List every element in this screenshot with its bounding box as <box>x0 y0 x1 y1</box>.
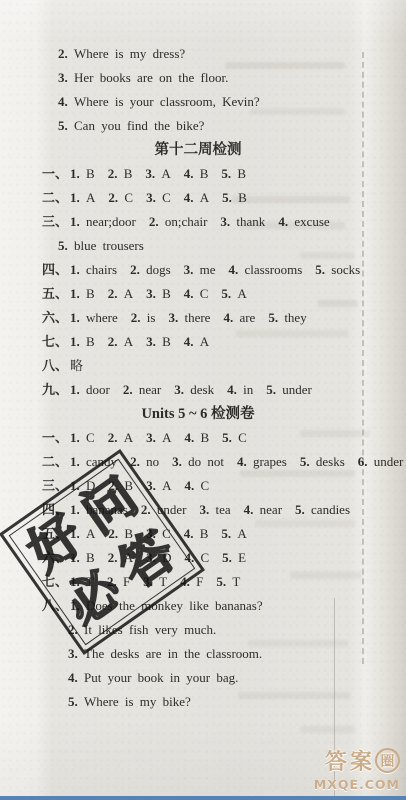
item-number: 3. <box>172 454 185 469</box>
item-answer: candies <box>311 502 350 517</box>
item-number: 5. <box>222 550 235 565</box>
item-answer: A <box>124 430 133 445</box>
answer-line: 二、1. A2. C3. C4. A5. B <box>42 186 400 210</box>
item-number: 5. <box>58 238 71 253</box>
item-answer: under <box>282 382 312 397</box>
item-answer: B <box>162 286 171 301</box>
item-answer: me <box>200 262 216 277</box>
item-number: 5. <box>58 118 71 133</box>
item-answer: near;door <box>86 214 136 229</box>
answer-line: 4. Put your book in your bag. <box>42 666 400 690</box>
answer-line: 5. Where is my bike? <box>42 690 400 714</box>
item-answer: where <box>86 310 118 325</box>
answer-line: 一、1. B2. B3. A4. B5. B <box>42 162 400 186</box>
question-group-label: 七、 <box>42 334 68 349</box>
item-answer: C <box>200 478 209 493</box>
item-answer: Where is your classroom, Kevin? <box>74 94 260 109</box>
item-answer: B <box>86 286 95 301</box>
brand-character: 案 <box>350 745 372 776</box>
item-number: 4. <box>223 310 236 325</box>
item-answer: B <box>124 166 133 181</box>
item-answer: Can you find the bike? <box>74 118 204 133</box>
answer-line: 九、1. door2. near3. desk4. in5. under <box>42 378 400 402</box>
item-answer: near <box>260 502 282 517</box>
item-number: 1. <box>70 310 83 325</box>
item-answer: socks <box>331 262 360 277</box>
item-answer: Put your book in your bag. <box>84 670 238 685</box>
item-answer: A <box>124 286 133 301</box>
item-number: 2. <box>108 286 121 301</box>
stamp-character: 答 <box>112 524 184 596</box>
item-number: 3. <box>174 382 187 397</box>
item-answer: Where is my bike? <box>84 694 191 709</box>
item-number: 5. <box>221 526 234 541</box>
item-number: 5. <box>266 382 279 397</box>
question-group-label: 九、 <box>42 382 68 397</box>
item-answer: A <box>200 334 209 349</box>
item-number: 5. <box>268 310 281 325</box>
item-number: 4. <box>184 190 197 205</box>
item-number: 5. <box>295 502 308 517</box>
brand-logo-text: 答 案 圈 <box>314 745 400 776</box>
answer-line: 4. Where is your classroom, Kevin? <box>42 90 400 114</box>
item-answer: chairs <box>86 262 117 277</box>
item-number: 2. <box>123 382 136 397</box>
item-number: 3. <box>146 286 159 301</box>
item-answer: is <box>147 310 156 325</box>
item-answer: B <box>200 526 209 541</box>
item-number: 5. <box>68 694 81 709</box>
item-answer: C <box>200 550 209 565</box>
item-number: 4. <box>184 526 197 541</box>
item-number: 5. <box>222 430 235 445</box>
question-group-label: 三、 <box>42 214 68 229</box>
item-number: 2. <box>108 334 121 349</box>
item-number: 5. <box>300 454 313 469</box>
item-number: 1. <box>70 286 83 301</box>
question-group-label: 六、 <box>42 310 68 325</box>
item-number: 6. <box>358 454 371 469</box>
item-number: 4. <box>68 670 81 685</box>
item-number: 5. <box>315 262 328 277</box>
item-answer: thank <box>236 214 265 229</box>
item-number: 3. <box>146 334 159 349</box>
item-answer: classrooms <box>245 262 303 277</box>
item-number: 4. <box>244 502 257 517</box>
item-answer: excuse <box>294 214 329 229</box>
answer-line: 3. Her books are on the floor. <box>42 66 400 90</box>
item-answer: desk <box>190 382 214 397</box>
item-answer: B <box>200 166 209 181</box>
item-number: 1. <box>70 430 83 445</box>
item-answer: grapes <box>253 454 287 469</box>
item-answer: they <box>284 310 306 325</box>
item-answer: C <box>162 190 171 205</box>
item-number: 4. <box>227 382 240 397</box>
question-group-label: 一、 <box>42 430 68 445</box>
item-answer: door <box>86 382 110 397</box>
answer-line: 5. blue trousers <box>42 234 400 258</box>
item-answer: B <box>200 430 209 445</box>
item-number: 3. <box>184 262 197 277</box>
item-number: 1. <box>70 214 83 229</box>
section-heading: Units 5 ~ 6 检测卷 <box>42 402 400 426</box>
item-answer: near <box>139 382 161 397</box>
item-answer: Where is my dress? <box>74 46 185 61</box>
item-number: 4. <box>184 166 197 181</box>
item-number: 3. <box>145 166 158 181</box>
item-answer: in <box>243 382 253 397</box>
item-answer: 略 <box>70 358 83 373</box>
question-group-label: 一、 <box>42 166 68 181</box>
question-group-label: 二、 <box>42 454 68 469</box>
item-number: 4. <box>184 430 197 445</box>
item-number: 4. <box>58 94 71 109</box>
item-number: 5. <box>221 166 234 181</box>
item-number: 4. <box>184 334 197 349</box>
brand-circle-icon: 圈 <box>375 748 400 773</box>
section-heading: 第十二周检测 <box>42 138 400 162</box>
watermark-domain-text: MXQE.COM <box>314 777 400 792</box>
item-number: 1. <box>70 382 83 397</box>
scanned-page: 2. Where is my dress?3. Her books are on… <box>0 0 406 800</box>
brand-character: 答 <box>325 745 347 776</box>
site-watermark-logo: 答 案 圈 MXQE.COM <box>314 745 400 792</box>
question-group-label: 八、 <box>42 358 68 373</box>
item-answer: desks <box>316 454 345 469</box>
answer-line: 五、1. B2. A3. B4. C5. A <box>42 282 400 306</box>
item-answer: A <box>86 190 95 205</box>
item-answer: dogs <box>146 262 171 277</box>
item-number: 3. <box>200 502 213 517</box>
item-answer: C <box>124 190 133 205</box>
item-answer: B <box>237 166 246 181</box>
item-number: 3. <box>146 190 159 205</box>
answer-line: 六、1. where2. is3. there4. are5. they <box>42 306 400 330</box>
item-number: 5. <box>222 190 235 205</box>
item-answer: A <box>124 334 133 349</box>
item-number: 2. <box>58 46 71 61</box>
item-number: 2. <box>108 430 121 445</box>
item-answer: Her books are on the floor. <box>74 70 228 85</box>
item-answer: A <box>237 286 246 301</box>
answer-line: 5. Can you find the bike? <box>42 114 400 138</box>
answer-line: 四、1. chairs2. dogs3. me4. classrooms5. s… <box>42 258 400 282</box>
item-answer: on;chair <box>165 214 208 229</box>
item-answer: B <box>86 166 95 181</box>
item-number: 3. <box>168 310 181 325</box>
item-number: 4. <box>184 478 197 493</box>
item-answer: do not <box>188 454 224 469</box>
item-number: 2. <box>108 166 121 181</box>
item-answer: under <box>374 454 404 469</box>
item-number: 4. <box>184 286 197 301</box>
item-number: 5. <box>216 574 229 589</box>
item-number: 3. <box>220 214 233 229</box>
item-number: 1. <box>70 454 83 469</box>
item-number: 1. <box>70 190 83 205</box>
item-answer: The desks are in the classroom. <box>84 646 262 661</box>
item-answer: C <box>86 430 95 445</box>
item-answer: A <box>161 166 170 181</box>
answer-line: 一、1. C2. A3. A4. B5. C <box>42 426 400 450</box>
stamp-character: 必 <box>58 562 130 634</box>
item-number: 1. <box>70 262 83 277</box>
item-number: 5. <box>221 286 234 301</box>
question-group-label: 二、 <box>42 190 68 205</box>
item-number: 4. <box>278 214 291 229</box>
item-answer: A <box>162 430 171 445</box>
item-answer: A <box>237 526 246 541</box>
item-answer: B <box>238 190 247 205</box>
item-answer: there <box>184 310 210 325</box>
item-number: 1. <box>70 166 83 181</box>
item-answer: C <box>238 430 247 445</box>
item-answer: blue trousers <box>74 238 144 253</box>
item-number: 3. <box>58 70 71 85</box>
item-number: 2. <box>130 262 143 277</box>
item-number: 4. <box>237 454 250 469</box>
item-answer: E <box>238 550 246 565</box>
item-number: 1. <box>70 334 83 349</box>
item-number: 4. <box>229 262 242 277</box>
item-number: 2. <box>108 190 121 205</box>
item-number: 2. <box>131 310 144 325</box>
answer-line: 七、1. B2. A3. B4. A <box>42 330 400 354</box>
answer-line: 三、1. near;door2. on;chair3. thank4. excu… <box>42 210 400 234</box>
question-group-label: 四、 <box>42 262 68 277</box>
item-answer: A <box>162 478 171 493</box>
item-answer: C <box>200 286 209 301</box>
item-answer: are <box>239 310 255 325</box>
answer-line: 2. Where is my dress? <box>42 42 400 66</box>
item-number: 3. <box>146 430 159 445</box>
item-answer: B <box>86 334 95 349</box>
bottom-blue-bar <box>0 796 406 800</box>
item-answer: B <box>162 334 171 349</box>
item-answer: F <box>196 574 203 589</box>
item-number: 2. <box>149 214 162 229</box>
item-answer: no <box>146 454 159 469</box>
item-answer: tea <box>216 502 231 517</box>
question-group-label: 五、 <box>42 286 68 301</box>
answer-line: 八、略 <box>42 354 400 378</box>
item-answer: A <box>200 190 209 205</box>
item-answer: T <box>232 574 240 589</box>
